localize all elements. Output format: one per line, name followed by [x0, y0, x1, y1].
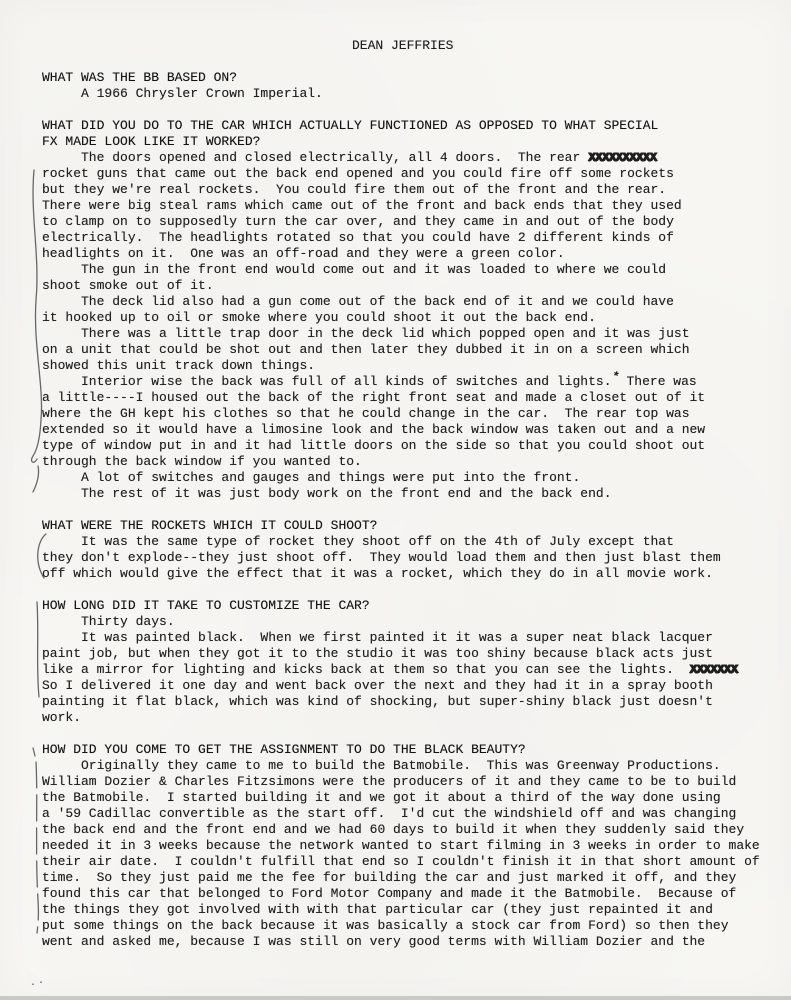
doc-title: DEAN JEFFRIES	[42, 38, 783, 54]
doc-line: through the back window if you wanted to…	[42, 454, 783, 470]
doc-line: Originally they came to me to build the …	[42, 758, 783, 774]
question-line: HOW DID YOU COME TO GET THE ASSIGNMENT T…	[42, 742, 783, 758]
doc-line: So I delivered it one day and went back …	[42, 678, 783, 694]
doc-line: The deck lid also had a gun come out of …	[42, 294, 783, 310]
scan-bottom-edge	[0, 996, 791, 1000]
footer-smudge-mark: .·	[30, 978, 46, 989]
pen-mark-tick	[33, 748, 35, 756]
doc-line: The doors opened and closed electrically…	[42, 150, 783, 166]
doc-line: showed this unit track down things.	[42, 358, 783, 374]
text-segment: like a mirror for lighting and kicks bac…	[42, 662, 690, 677]
text-segment: Interior wise the back was full of all k…	[42, 374, 612, 389]
pen-mark-long-wavy-line	[32, 170, 42, 462]
question-line: FX MADE LOOK LIKE IT WORKED?	[42, 134, 783, 150]
typed-strikeout: XXXXXXX	[690, 662, 738, 677]
question-line: WHAT WAS THE BB BASED ON?	[42, 70, 783, 86]
doc-line: but they we're real rockets. You could f…	[42, 182, 783, 198]
question-line: HOW LONG DID IT TAKE TO CUSTOMIZE THE CA…	[42, 598, 783, 614]
doc-line: work.	[42, 710, 783, 726]
doc-line: a '59 Cadillac convertible as the start …	[42, 806, 783, 822]
doc-line: time. So they just paid me the fee for b…	[42, 870, 783, 886]
doc-line: There was a little trap door in the deck…	[42, 326, 783, 342]
doc-line: it hooked up to oil or smoke where you c…	[42, 310, 783, 326]
doc-line: on a unit that could be shot out and the…	[42, 342, 783, 358]
doc-line: like a mirror for lighting and kicks bac…	[42, 662, 783, 678]
doc-line: extended so it would have a limosine loo…	[42, 422, 783, 438]
doc-line: Interior wise the back was full of all k…	[42, 374, 783, 390]
doc-line: There were big steal rams which came out…	[42, 198, 783, 214]
doc-line: rocket guns that came out the back end o…	[42, 166, 783, 182]
text-segment: The doors opened and closed electrically…	[42, 150, 588, 165]
doc-line: the things they got involved with with t…	[42, 902, 783, 918]
blank-line	[42, 726, 783, 742]
blank-line	[42, 502, 783, 518]
doc-line: A lot of switches and gauges and things …	[42, 470, 783, 486]
pen-mark-continuation	[33, 466, 39, 492]
doc-line: headlights on it. One was an off-road an…	[42, 246, 783, 262]
doc-line: The gun in the front end would come out …	[42, 262, 783, 278]
doc-line: found this car that belonged to Ford Mot…	[42, 886, 783, 902]
scanned-document-page: DEAN JEFFRIES WHAT WAS THE BB BASED ON? …	[0, 0, 791, 1000]
doc-line: the Batmobile. I started building it and…	[42, 790, 783, 806]
doc-line: the back end and the front end and we ha…	[42, 822, 783, 838]
doc-line: their air date. I couldn't fulfill that …	[42, 854, 783, 870]
typed-strikeout: XXXXXXXXXX	[588, 150, 656, 165]
doc-line: needed it in 3 weeks because the network…	[42, 838, 783, 854]
doc-line: electrically. The headlights rotated so …	[42, 230, 783, 246]
doc-line: painting it flat black, which was kind o…	[42, 694, 783, 710]
doc-line: The rest of it was just body work on the…	[42, 486, 783, 502]
pen-mark-vertical-stroke	[37, 602, 39, 697]
blank-line	[42, 582, 783, 598]
doc-line: where the GH kept his clothes so that he…	[42, 406, 783, 422]
doc-line: put some things on the back because it w…	[42, 918, 783, 934]
doc-line: William Dozier & Charles Fitzsimons were…	[42, 774, 783, 790]
question-line: WHAT DID YOU DO TO THE CAR WHICH ACTUALL…	[42, 118, 783, 134]
doc-line: went and asked me, because I was still o…	[42, 934, 783, 950]
doc-line: shoot smoke out of it.	[42, 278, 783, 294]
doc-line: a little----I housed out the back of the…	[42, 390, 783, 406]
doc-line: to clamp on to supposedly turn the car o…	[42, 214, 783, 230]
question-line: WHAT WERE THE ROCKETS WHICH IT COULD SHO…	[42, 518, 783, 534]
document-lines: DEAN JEFFRIES WHAT WAS THE BB BASED ON? …	[42, 38, 783, 950]
doc-line: It was painted black. When we first pain…	[42, 630, 783, 646]
pen-mark-broken-vertical-line	[36, 762, 38, 933]
doc-line: It was the same type of rocket they shoo…	[42, 534, 783, 550]
blank-line	[42, 54, 783, 70]
doc-line: they don't explode--they just shoot off.…	[42, 550, 783, 566]
text-segment: There was	[619, 374, 697, 389]
doc-line: paint job, but when they got it to the s…	[42, 646, 783, 662]
doc-line: Thirty days.	[42, 614, 783, 630]
doc-line: off which would give the effect that it …	[42, 566, 783, 582]
blank-line	[42, 102, 783, 118]
doc-line: type of window put in and it had little …	[42, 438, 783, 454]
doc-line: A 1966 Chrysler Crown Imperial.	[42, 86, 783, 102]
